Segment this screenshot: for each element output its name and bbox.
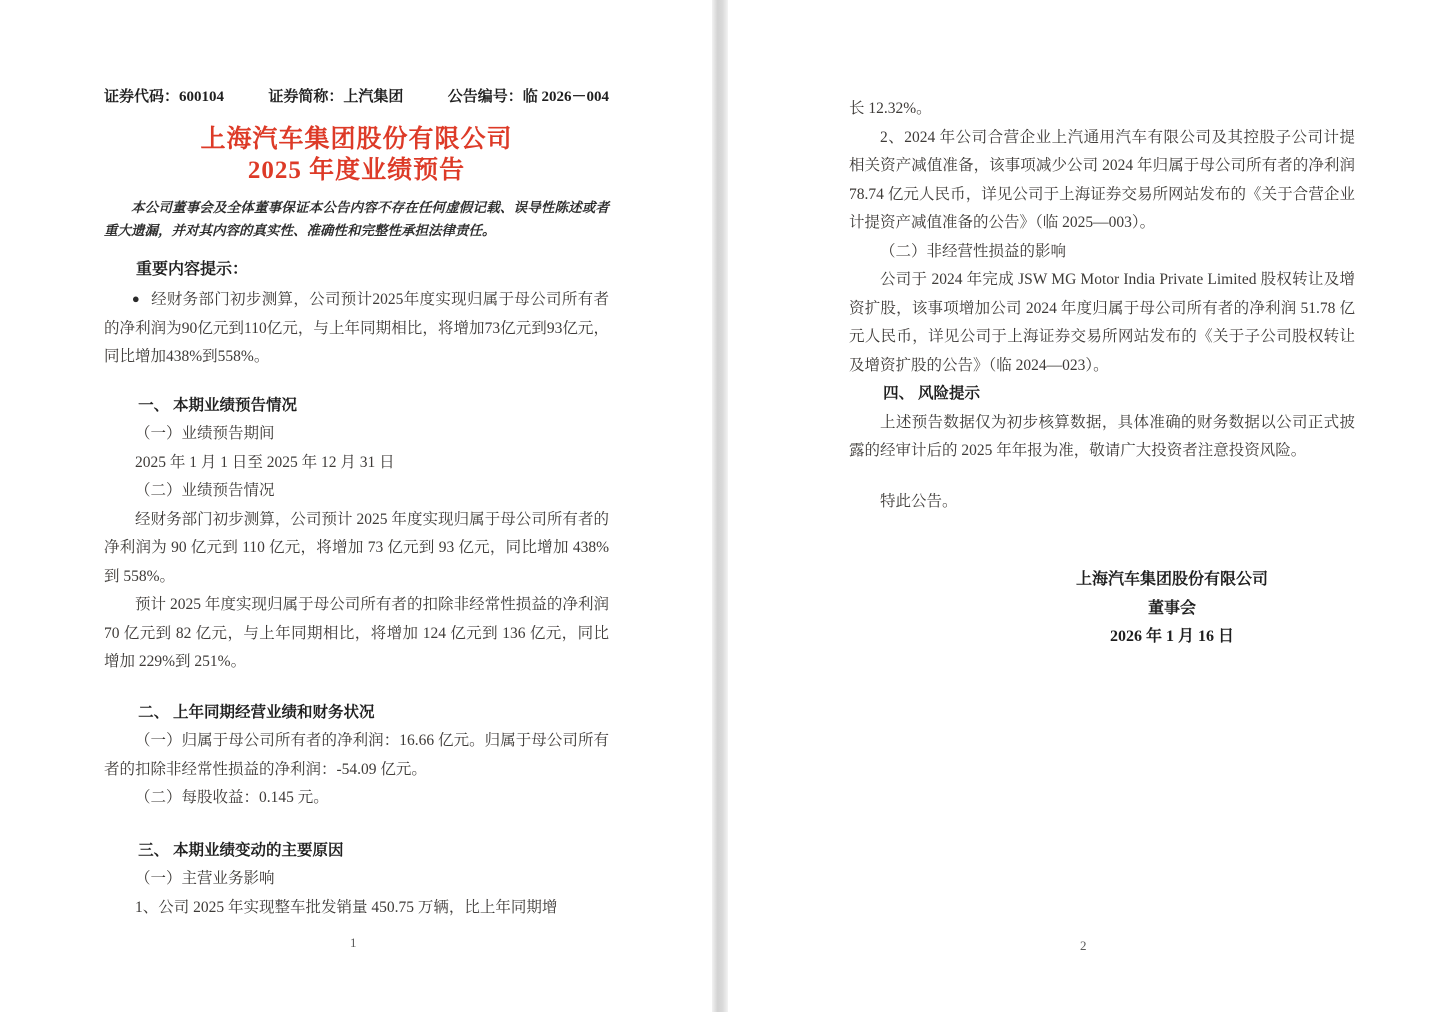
notice-bullet-text: 经财务部门初步测算，公司预计2025年度实现归属于母公司所有者的净利润为90亿元…: [104, 291, 609, 365]
page-1: 证券代码：600104 证券简称：上汽集团 公告编号：临 2026－004 上海…: [0, 0, 712, 1012]
page-gap-divider: [712, 0, 728, 1012]
section2-paragraph-1: （一）归属于母公司所有者的净利润：16.66 亿元。归属于母公司所有者的扣除非经…: [104, 727, 609, 784]
section1-sub1: （一）业绩预告期间: [104, 420, 609, 449]
section3-heading: 三、 本期业绩变动的主要原因: [104, 837, 609, 866]
section1-sub2: （二）业绩预告情况: [104, 477, 609, 506]
announcement-number: 公告编号：临 2026－004: [448, 86, 609, 108]
page-2: 长 12.32%。 2、2024 年公司合营企业上汽通用汽车有限公司及其控股子公…: [728, 0, 1440, 1012]
notice-heading: 重要内容提示：: [104, 257, 609, 282]
stock-code: 证券代码：600104: [104, 86, 224, 108]
section1-heading: 一、 本期业绩预告情况: [104, 392, 609, 421]
title-block: 上海汽车集团股份有限公司 2025 年度业绩预告: [104, 124, 609, 186]
section3-sub1: （一）主营业务影响: [104, 865, 609, 894]
signature-board: 董事会: [989, 595, 1355, 624]
continuation-line: 长 12.32%。: [849, 95, 1355, 124]
section3-item-2: 2、2024 年公司合营企业上汽通用汽车有限公司及其控股子公司计提相关资产减值准…: [849, 124, 1355, 238]
signature-block: 上海汽车集团股份有限公司 董事会 2026 年 1 月 16 日: [849, 566, 1355, 652]
section2-paragraph-2: （二）每股收益：0.145 元。: [104, 784, 609, 813]
non-operating-paragraph: 公司于 2024 年完成 JSW MG Motor India Private …: [849, 266, 1355, 380]
stock-short-name: 证券简称：上汽集团: [268, 86, 403, 108]
section4-heading: 四、 风险提示: [849, 380, 1355, 409]
page-1-number: 1: [350, 936, 357, 950]
section4-paragraph: 上述预告数据仅为初步核算数据，具体准确的财务数据以公司正式披露的经审计后的 20…: [849, 409, 1355, 466]
signature-company: 上海汽车集团股份有限公司: [989, 566, 1355, 595]
board-disclaimer: 本公司董事会及全体董事保证本公告内容不存在任何虚假记载、误导性陈述或者重大遗漏，…: [104, 196, 609, 242]
signature-date: 2026 年 1 月 16 日: [989, 623, 1355, 652]
section1-paragraph-1: 经财务部门初步测算，公司预计 2025 年度实现归属于母公司所有者的净利润为 9…: [104, 506, 609, 592]
closing-statement: 特此公告。: [849, 488, 1355, 517]
bullet-icon: ●: [132, 291, 140, 306]
meta-line: 证券代码：600104 证券简称：上汽集团 公告编号：临 2026－004: [104, 86, 609, 108]
section1-period: 2025 年 1 月 1 日至 2025 年 12 月 31 日: [104, 449, 609, 478]
document-viewer: 证券代码：600104 证券简称：上汽集团 公告编号：临 2026－004 上海…: [0, 0, 1440, 1012]
section3-sub2-heading: （二）非经营性损益的影响: [849, 238, 1355, 267]
notice-bullet-paragraph: ●经财务部门初步测算，公司预计2025年度实现归属于母公司所有者的净利润为90亿…: [104, 285, 609, 372]
company-title: 上海汽车集团股份有限公司: [104, 124, 609, 155]
section3-item-1: 1、公司 2025 年实现整车批发销量 450.75 万辆，比上年同期增: [104, 894, 609, 923]
report-title: 2025 年度业绩预告: [104, 155, 609, 186]
page-2-number: 2: [1080, 939, 1087, 953]
section1-paragraph-2: 预计 2025 年度实现归属于母公司所有者的扣除非经常性损益的净利润 70 亿元…: [104, 591, 609, 677]
section2-heading: 二、 上年同期经营业绩和财务状况: [104, 699, 609, 728]
